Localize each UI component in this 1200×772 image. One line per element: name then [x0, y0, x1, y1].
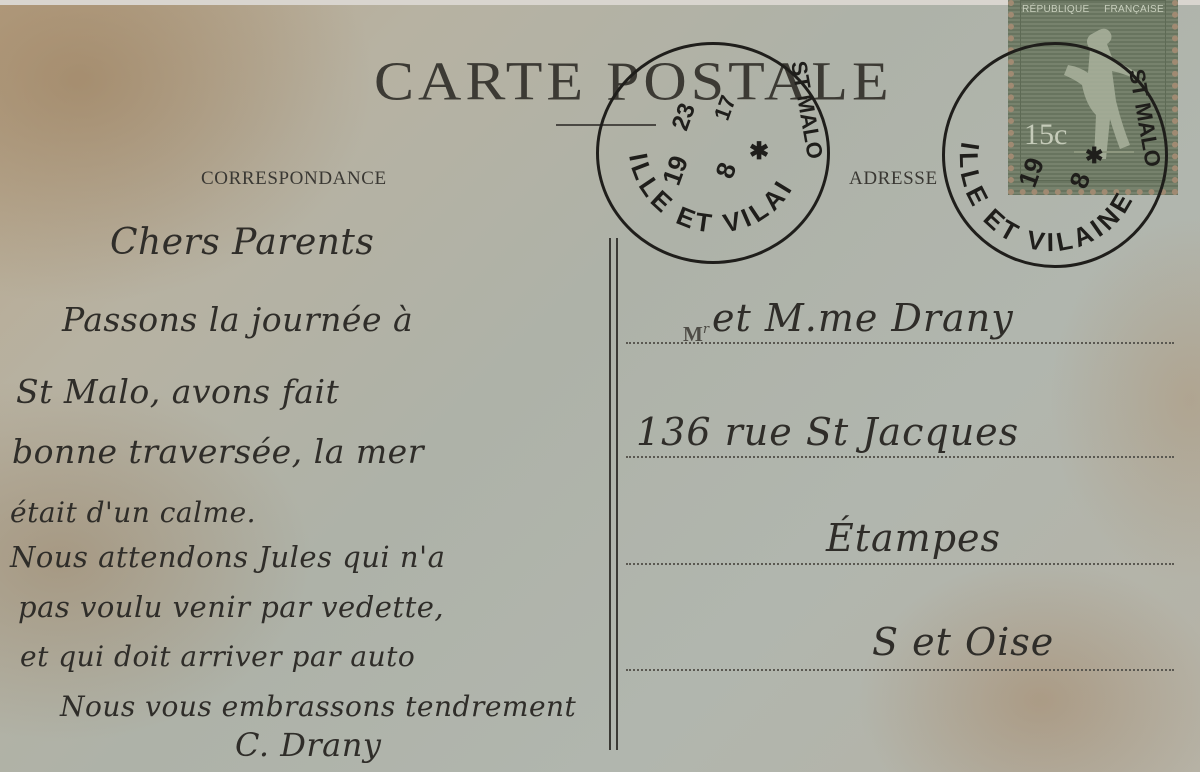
postmark-department: ILLE ET VILAINE [954, 140, 1140, 257]
postmark-star-icon: ✱ [749, 137, 769, 166]
message-line: Nous vous embrassons tendrement [60, 690, 576, 723]
address-street: 136 rue St Jacques [636, 410, 1019, 454]
postcard-back: CARTE POSTALE CORRESPONDANCE ADRESSE Che… [0, 0, 1200, 772]
correspondence-label: CORRESPONDANCE [201, 168, 387, 190]
address-line-2 [626, 456, 1174, 458]
postmark-circle: ILLE ET VILAINE ST MALO 23 17 19 8 ✱ [596, 42, 830, 264]
message-line: bonne traversée, la mer [12, 432, 424, 471]
address-line-3 [626, 563, 1174, 565]
message-line: pas voulu venir par vedette, [18, 590, 444, 624]
svg-text:ILLE ET VILAINE: ILLE ET VILAINE [954, 140, 1140, 257]
center-divider [609, 238, 618, 750]
address-prefix: Mr [683, 322, 709, 347]
message-line: Passons la journée à [62, 300, 413, 339]
message-line: était d'un calme. [10, 496, 256, 529]
address-line-4 [626, 669, 1174, 671]
message-line: et qui doit arriver par auto [20, 640, 415, 673]
address-recipient: et M.me Drany [712, 296, 1014, 340]
address-city: Étampes [826, 516, 1001, 560]
address-label: ADRESSE [849, 168, 938, 190]
address-department: S et Oise [872, 620, 1054, 664]
message-line: Nous attendons Jules qui n'a [10, 540, 445, 574]
postmark-department: ILLE ET VILAINE [599, 45, 800, 239]
message-line: St Malo, avons fait [16, 372, 339, 411]
address-prefix-letter: M [683, 322, 703, 346]
message-salutation: Chers Parents [110, 222, 374, 263]
svg-text:ILLE ET VILAINE: ILLE ET VILAINE [599, 45, 800, 239]
address-prefix-superscript: r [703, 322, 709, 337]
postmark-circle: ILLE ET VILAINE ST MALO 19 8 ✱ [942, 42, 1168, 268]
postmark-star-icon: ✱ [1085, 143, 1103, 169]
stamp-country-word: FRANÇAISE [1104, 4, 1164, 15]
stamp-country-word: RÉPUBLIQUE [1022, 4, 1089, 15]
stamp-country: RÉPUBLIQUE FRANÇAISE [1022, 4, 1164, 15]
message-signature: C. Drany [235, 726, 381, 764]
